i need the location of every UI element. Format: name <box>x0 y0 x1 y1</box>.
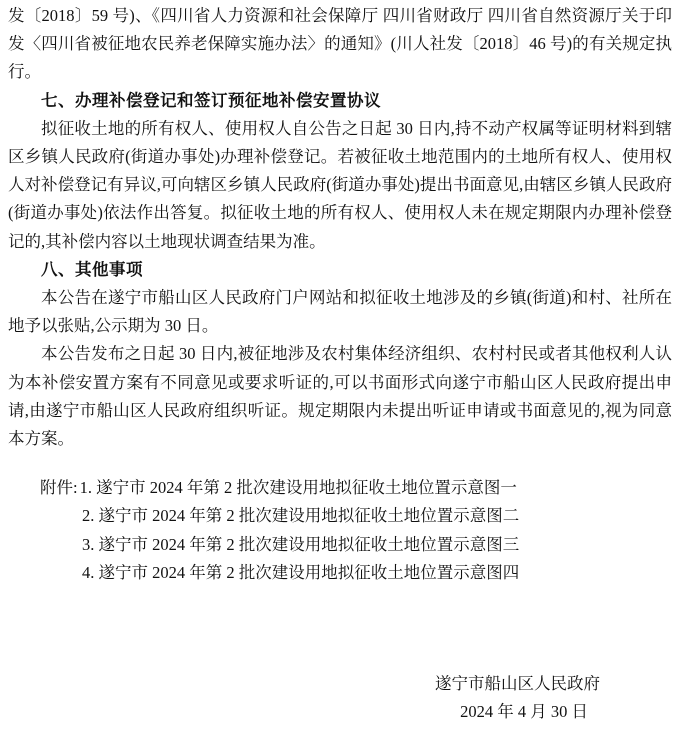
section8-paragraph-2: 本公告发布之日起 30 日内,被征地涉及农村集体经济组织、农村村民或者其他权利人… <box>8 340 672 453</box>
signature-date: 2024 年 4 月 30 日 <box>8 698 672 726</box>
section8-heading: 八、其他事项 <box>8 256 672 284</box>
document-page: 发〔2018〕59 号)、《四川省人力资源和社会保障厅 四川省财政厅 四川省自然… <box>0 0 682 738</box>
section8-paragraph-1: 本公告在遂宁市船山区人民政府门户网站和拟征收土地涉及的乡镇(街道)和村、社所在地… <box>8 284 672 340</box>
section7-body: 拟征收土地的所有权人、使用权人自公告之日起 30 日内,持不动产权属等证明材料到… <box>8 115 672 256</box>
attachment-item-1: 1. 遂宁市 2024 年第 2 批次建设用地拟征收土地位置示意图一 <box>80 478 517 497</box>
attachment-row-1: 附件:1. 遂宁市 2024 年第 2 批次建设用地拟征收土地位置示意图一 <box>40 474 672 502</box>
paragraph-continuation: 发〔2018〕59 号)、《四川省人力资源和社会保障厅 四川省财政厅 四川省自然… <box>8 2 672 87</box>
signature-issuer: 遂宁市船山区人民政府 <box>8 670 672 698</box>
attachment-row-4: 4. 遂宁市 2024 年第 2 批次建设用地拟征收土地位置示意图四 <box>40 559 672 587</box>
signature-block: 遂宁市船山区人民政府 2024 年 4 月 30 日 <box>8 670 672 726</box>
section7-heading: 七、办理补偿登记和签订预征地补偿安置协议 <box>8 87 672 115</box>
attachment-item-2: 2. 遂宁市 2024 年第 2 批次建设用地拟征收土地位置示意图二 <box>82 506 519 525</box>
attachment-item-4: 4. 遂宁市 2024 年第 2 批次建设用地拟征收土地位置示意图四 <box>82 563 519 582</box>
attachments-list: 附件:1. 遂宁市 2024 年第 2 批次建设用地拟征收土地位置示意图一 2.… <box>8 474 672 587</box>
attachment-item-3: 3. 遂宁市 2024 年第 2 批次建设用地拟征收土地位置示意图三 <box>82 535 519 554</box>
attachment-row-2: 2. 遂宁市 2024 年第 2 批次建设用地拟征收土地位置示意图二 <box>40 502 672 530</box>
attachments-label: 附件: <box>40 478 78 497</box>
attachment-row-3: 3. 遂宁市 2024 年第 2 批次建设用地拟征收土地位置示意图三 <box>40 531 672 559</box>
